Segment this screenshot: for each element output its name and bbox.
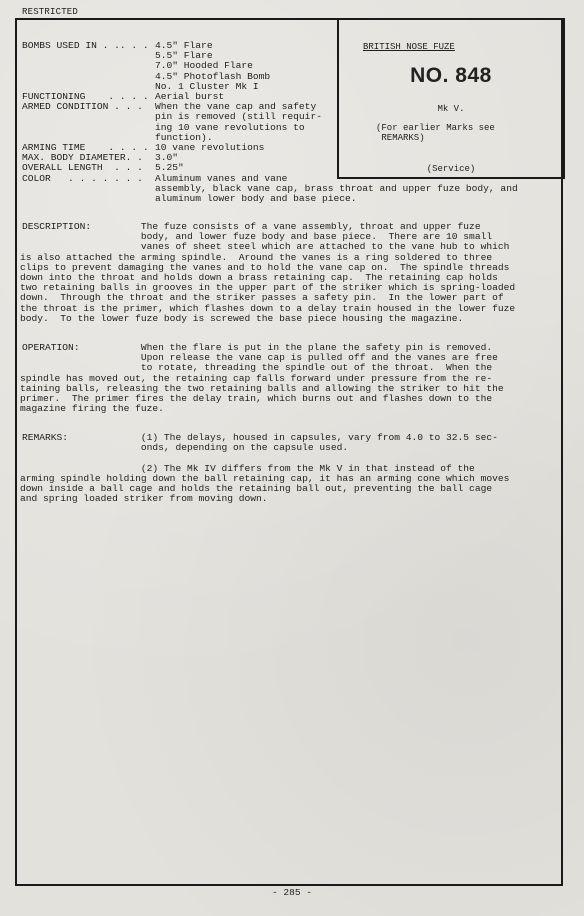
spec-row: COLOR . . . . . . .Aluminum vanes and va…	[22, 174, 518, 205]
spec-value: 3.0"	[155, 153, 518, 163]
section-text-line: and spring loaded striker from moving do…	[20, 494, 550, 504]
section-label: OPERATION:	[22, 343, 80, 353]
page-number: - 285 -	[0, 888, 584, 898]
section-operation: OPERATION: When the flare is put in the …	[20, 343, 550, 414]
spec-label: ARMED CONDITION . . .	[22, 102, 143, 112]
section-label: DESCRIPTION:	[22, 222, 91, 232]
spec-label: COLOR . . . . . . .	[22, 174, 143, 184]
specifications-table: BOMBS USED IN . .. . .4.5" Flare5.5" Fla…	[22, 41, 518, 204]
section-text-line: onds, depending on the capsule used.	[20, 443, 550, 453]
spec-row: BOMBS USED IN . .. . .4.5" Flare5.5" Fla…	[22, 41, 518, 92]
spec-label: BOMBS USED IN . .. . .	[22, 41, 149, 51]
section-text-line: body. To the lower fuze body is screwed …	[20, 314, 550, 324]
spec-value: 10 vane revolutions	[155, 143, 518, 153]
section-label: REMARKS:	[22, 433, 68, 443]
section-remarks: REMARKS: (1) The delays, housed in capsu…	[20, 433, 550, 504]
spec-value: aluminum lower body and base piece.	[155, 194, 518, 204]
classification-marking: RESTRICTED	[22, 7, 78, 17]
spec-row: ARMED CONDITION . . .When the vane cap a…	[22, 102, 518, 143]
section-text-line: magazine firing the fuze.	[20, 404, 550, 414]
section-description: DESCRIPTION: The fuze consists of a vane…	[20, 222, 550, 324]
